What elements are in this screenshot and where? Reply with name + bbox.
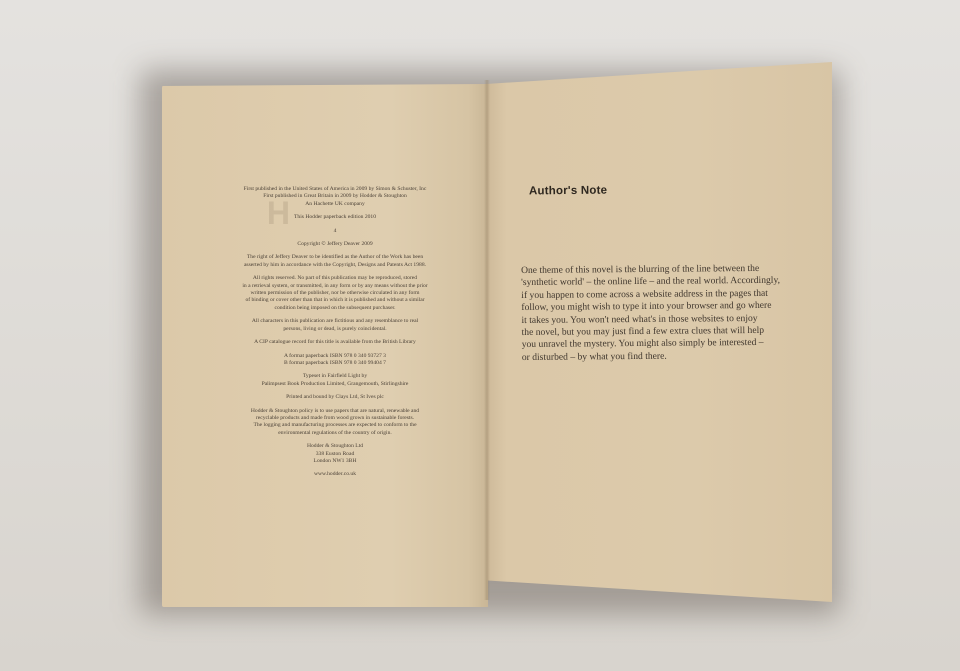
imprint-line: All characters in this publication are f… (200, 318, 470, 325)
imprint-block: First published in the United States of … (200, 186, 470, 208)
imprint-line: 338 Euston Road (200, 451, 470, 458)
book-gutter (484, 80, 490, 600)
imprint-line: Printed and bound by Clays Ltd, St Ives … (200, 394, 470, 401)
imprint-block: A CIP catalogue record for this title is… (200, 339, 470, 346)
imprint-block: Typeset in Fairfield Light byPalimpsest … (200, 373, 470, 388)
imprint-line: Typeset in Fairfield Light by (200, 373, 470, 380)
imprint-line: Palimpsest Book Production Limited, Gran… (200, 381, 470, 388)
imprint-line: This Hodder paperback edition 2010 (200, 214, 470, 221)
imprint-block: Copyright © Jeffery Deaver 2009 (200, 241, 470, 248)
imprint-line: A format paperback ISBN 978 0 340 93727 … (200, 353, 470, 360)
imprint-line: A CIP catalogue record for this title is… (200, 339, 470, 346)
copyright-imprint: First published in the United States of … (200, 186, 470, 485)
imprint-line: The right of Jeffery Deaver to be identi… (200, 254, 470, 261)
imprint-line: B format paperback ISBN 978 0 340 99404 … (200, 360, 470, 367)
imprint-line: 4 (200, 228, 470, 235)
imprint-line: First published in the United States of … (200, 186, 470, 193)
imprint-block: The right of Jeffery Deaver to be identi… (200, 254, 470, 269)
imprint-line: Copyright © Jeffery Deaver 2009 (200, 241, 470, 248)
imprint-line: London NW1 3BH (200, 458, 470, 465)
imprint-block: This Hodder paperback edition 2010 (200, 214, 470, 221)
author-note-line: or disturbed – by what you find there. (522, 349, 797, 364)
imprint-block: 4 (200, 228, 470, 235)
imprint-line: asserted by him in accordance with the C… (200, 262, 470, 269)
imprint-line: of binding or cover other than that in w… (200, 297, 470, 304)
imprint-line: Hodder & Stoughton Ltd (200, 443, 470, 450)
imprint-line: All rights reserved. No part of this pub… (200, 275, 470, 282)
imprint-block: Printed and bound by Clays Ltd, St Ives … (200, 394, 470, 401)
imprint-line: environmental regulations of the country… (200, 430, 470, 437)
imprint-block: All rights reserved. No part of this pub… (200, 275, 470, 312)
imprint-line: First published in Great Britain in 2009… (200, 193, 470, 200)
author-note-line: you unravel the mystery. You might also … (522, 337, 797, 352)
imprint-block: Hodder & Stoughton policy is to use pape… (200, 408, 470, 438)
imprint-block: Hodder & Stoughton Ltd338 Euston RoadLon… (200, 443, 470, 465)
imprint-line: condition being imposed on the subsequen… (200, 305, 470, 312)
imprint-block: www.hodder.co.uk (200, 471, 470, 478)
imprint-block: All characters in this publication are f… (200, 318, 470, 333)
imprint-line: persons, living or dead, is purely coinc… (200, 326, 470, 333)
imprint-line: An Hachette UK company (200, 201, 470, 208)
imprint-line: www.hodder.co.uk (200, 471, 470, 478)
imprint-line: in a retrieval system, or transmitted, i… (200, 283, 470, 290)
imprint-line: The logging and manufacturing processes … (200, 422, 470, 429)
author-note-title: Author's Note (529, 185, 607, 198)
imprint-line: Hodder & Stoughton policy is to use pape… (200, 408, 470, 415)
author-note-body: One theme of this novel is the blurring … (521, 263, 797, 365)
imprint-block: A format paperback ISBN 978 0 340 93727 … (200, 353, 470, 368)
